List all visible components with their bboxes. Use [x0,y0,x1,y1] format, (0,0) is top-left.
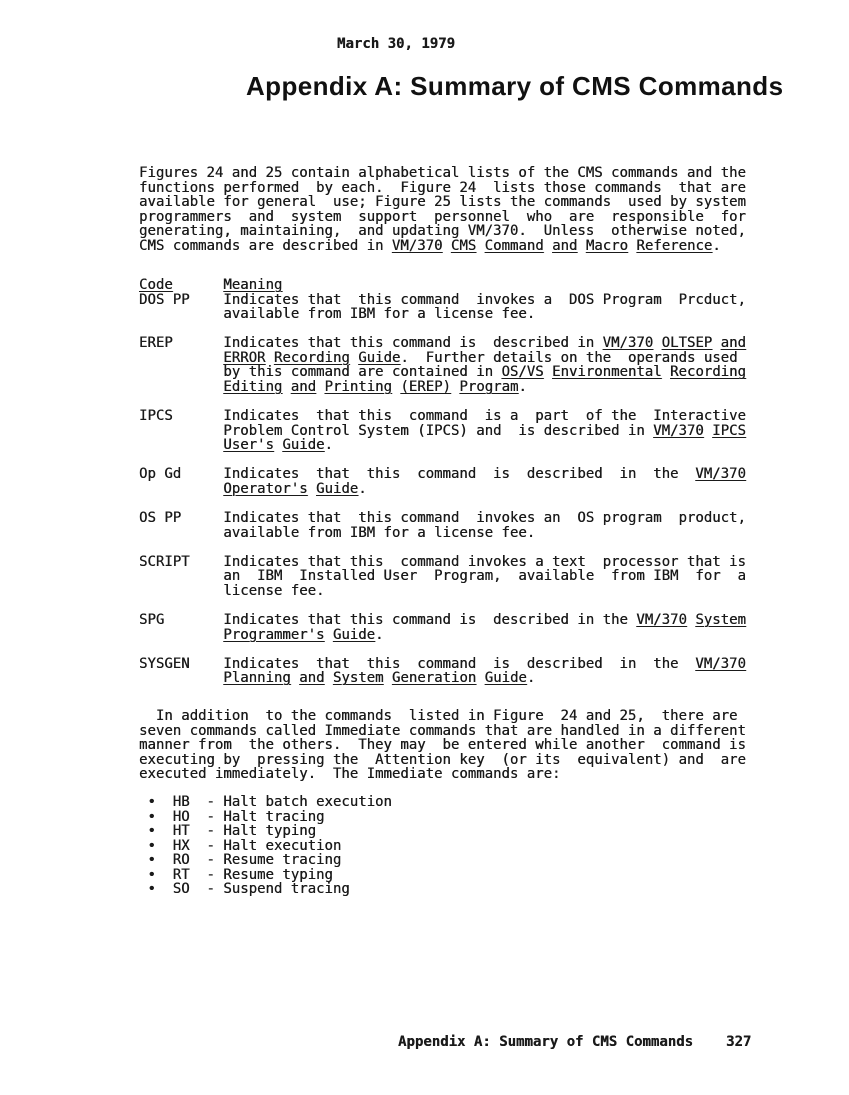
text-line: User's Guide. [139,438,746,453]
text-line: SYSGEN Indicates that this command is de… [139,657,746,672]
text-line [139,395,746,410]
text-line: manner from the others. They may be ente… [139,738,746,753]
text-line: an IBM Installed User Program, available… [139,569,746,584]
text-line [139,322,746,337]
text-line [139,453,746,468]
text-line: functions performed by each. Figure 24 l… [139,181,746,196]
footer-page-number: 327 [726,1034,751,1050]
text-line: • RT - Resume typing [139,868,392,883]
text-line: DOS PP Indicates that this command invok… [139,293,746,308]
text-line: OS PP Indicates that this command invoke… [139,511,746,526]
text-line: available from IBM for a license fee. [139,307,746,322]
text-line: seven commands called Immediate commands… [139,724,746,739]
text-line [139,598,746,613]
text-line: programmers and system support personnel… [139,210,746,225]
text-line: CMS commands are described in VM/370 CMS… [139,239,746,254]
text-line: • HX - Halt execution [139,839,392,854]
text-line [139,496,746,511]
page-date: March 30, 1979 [337,37,455,52]
text-line: Problem Control System (IPCS) and is des… [139,424,746,439]
text-line: EREP Indicates that this command is desc… [139,336,746,351]
text-line [139,540,746,555]
text-line [139,642,746,657]
text-line: executed immediately. The Immediate comm… [139,767,746,782]
text-line: • HO - Halt tracing [139,810,392,825]
text-line: license fee. [139,584,746,599]
text-line: Op Gd Indicates that this command is des… [139,467,746,482]
immediate-commands-paragraph: In addition to the commands listed in Fi… [139,709,746,782]
intro-paragraph: Figures 24 and 25 contain alphabetical l… [139,166,746,253]
page-footer: Appendix A: Summary of CMS Commands327 [398,1035,751,1050]
text-line: SCRIPT Indicates that this command invok… [139,555,746,570]
text-line: generating, maintaining, and updating VM… [139,224,746,239]
text-line: Figures 24 and 25 contain alphabetical l… [139,166,746,181]
text-line: Code Meaning [139,278,746,293]
text-line: SPG Indicates that this command is descr… [139,613,746,628]
page-title: Appendix A: Summary of CMS Commands [246,71,783,102]
text-line: • HB - Halt batch execution [139,795,392,810]
text-line: Programmer's Guide. [139,628,746,643]
text-line: available from IBM for a license fee. [139,526,746,541]
code-meaning-table: Code MeaningDOS PP Indicates that this c… [139,278,746,686]
text-line: Editing and Printing (EREP) Program. [139,380,746,395]
text-line: by this command are contained in OS/VS E… [139,365,746,380]
text-line: available for general use; Figure 25 lis… [139,195,746,210]
text-line: • HT - Halt typing [139,824,392,839]
immediate-command-list: • HB - Halt batch execution • HO - Halt … [139,795,392,897]
text-line: • RO - Resume tracing [139,853,392,868]
document-page: March 30, 1979 Appendix A: Summary of CM… [0,0,849,1095]
text-line: Operator's Guide. [139,482,746,497]
text-line: Planning and System Generation Guide. [139,671,746,686]
text-line: executing by pressing the Attention key … [139,753,746,768]
footer-title: Appendix A: Summary of CMS Commands [398,1034,693,1050]
text-line: • SO - Suspend tracing [139,882,392,897]
text-line: IPCS Indicates that this command is a pa… [139,409,746,424]
text-line: ERROR Recording Guide. Further details o… [139,351,746,366]
text-line: In addition to the commands listed in Fi… [139,709,746,724]
